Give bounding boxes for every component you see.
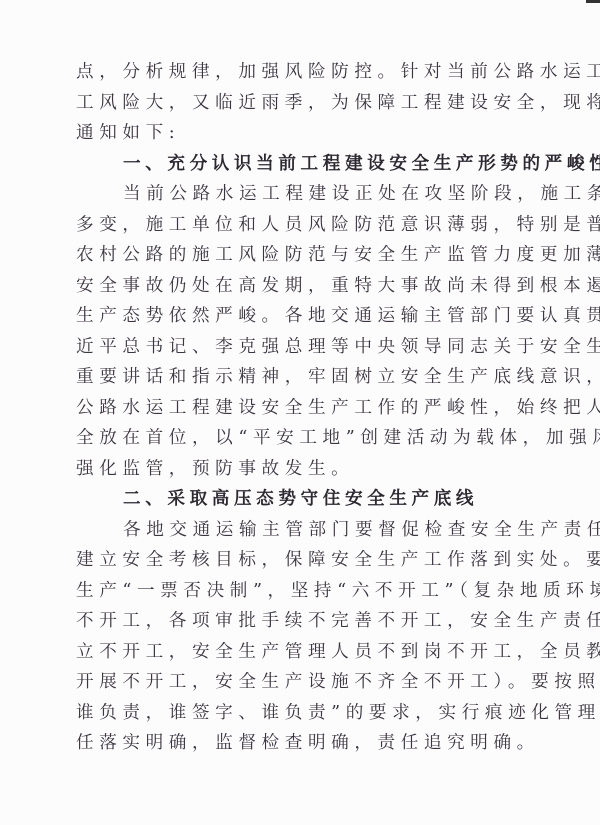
text-line: 生产态势依然严峻。各地交通运输主管部门要认真贯彻落实习 — [76, 301, 516, 332]
text-line: 开展不开工，安全生产设施不齐全不开工）。要按照“谁批准、 — [76, 667, 516, 698]
text-line: 通知如下: — [76, 118, 516, 149]
scan-edge-mark — [586, 0, 600, 3]
text-line: 重要讲话和指示精神，牢固树立安全生产底线意识，充分认清 — [76, 362, 516, 393]
text-line: 点，分析规律，加强风险防控。针对当前公路水运工程建设施 — [76, 57, 516, 88]
text-line: 安全事故仍处在高发期，重特大事故尚未得到根本遏制，安全 — [76, 271, 516, 302]
text-line: 农村公路的施工风险防范与安全生产监管力度更加薄弱，生产 — [76, 240, 516, 271]
section-heading-1: 一、充分认识当前工程建设安全生产形势的严峻性 — [76, 149, 516, 180]
text-line: 任落实明确，监督检查明确，责任追究明确。 — [76, 728, 516, 759]
text-line: 立不开工，安全生产管理人员不到岗不开工，全员教育培训不 — [76, 637, 516, 668]
text-line: 近平总书记、李克强总理等中央领导同志关于安全生产工作的 — [76, 332, 516, 363]
section-heading-2: 二、采取高压态势守住安全生产底线 — [76, 484, 516, 515]
paragraph-start: 各地交通运输主管部门要督促检查安全生产责任的落实， — [76, 515, 516, 546]
document-body: 点，分析规律，加强风险防控。针对当前公路水运工程建设施 工风险大，又临近雨季，为… — [76, 57, 516, 759]
text-line: 建立安全考核目标，保障安全生产工作落到实处。要坚持安全 — [76, 545, 516, 576]
text-line: 强化监管，预防事故发生。 — [76, 454, 516, 485]
text-line: 不开工，各项审批手续不完善不开工，安全生产责任体系不建 — [76, 606, 516, 637]
scanned-document-page: 点，分析规律，加强风险防控。针对当前公路水运工程建设施 工风险大，又临近雨季，为… — [0, 0, 600, 825]
text-line: 公路水运工程建设安全生产工作的严峻性，始终把人民生命安 — [76, 393, 516, 424]
text-line: 生产“一票否决制”，坚持“六不开工”（复杂地质环境不探明 — [76, 576, 516, 607]
text-line: 谁负责，谁签字、谁负责”的要求，实行痕迹化管理，保障责 — [76, 698, 516, 729]
text-line: 工风险大，又临近雨季，为保障工程建设安全，现将有关要求 — [76, 88, 516, 119]
text-line: 多变，施工单位和人员风险防范意识薄弱，特别是普通公路及 — [76, 210, 516, 241]
paragraph-start: 当前公路水运工程建设正处在攻坚阶段，施工条件复杂、 — [76, 179, 516, 210]
text-line: 全放在首位，以“平安工地”创建活动为载体，加强风险防控， — [76, 423, 516, 454]
